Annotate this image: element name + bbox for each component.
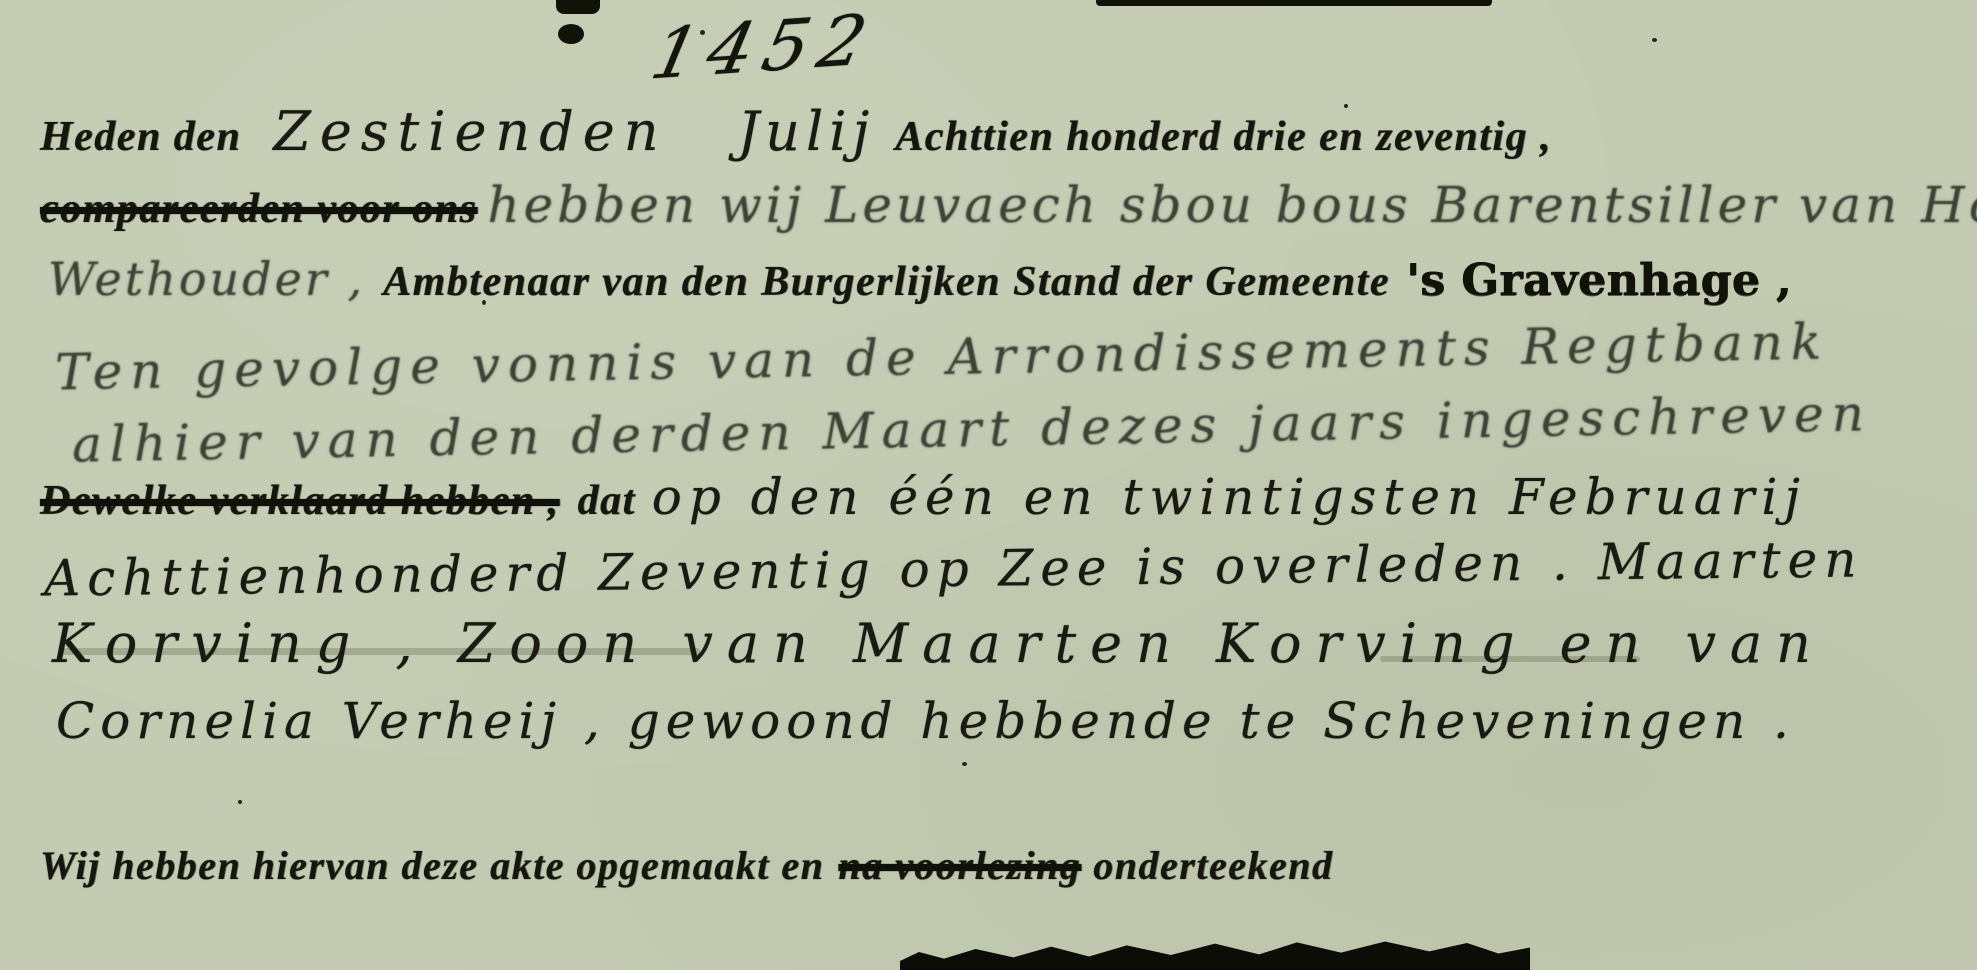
printed-text-year: Achttien honderd drie en zeventig , xyxy=(895,114,1552,160)
blackletter-city-name: 's Gravenhage , xyxy=(1406,255,1792,306)
handwritten-death-date: op den één en twintigsten Februarij xyxy=(652,468,1807,526)
ink-speck xyxy=(482,300,486,305)
printed-text-onderteekend: onderteekend xyxy=(1093,843,1333,888)
handwritten-death-year-place: Achttienhonderd Zeventig op Zee is overl… xyxy=(44,530,1864,607)
act-line-9: Cornelia Verheij , gewoond hebbende te S… xyxy=(56,692,1795,750)
handwritten-registration-date: alhier van den derden Maart dezes jaars … xyxy=(72,384,1873,473)
printed-text-struck-compareerden: compareerden voor ons xyxy=(40,186,477,232)
ink-speck xyxy=(238,800,242,804)
ink-speck xyxy=(1652,38,1657,42)
act-line-8: Korving , Zoon van Maarten Korving en va… xyxy=(52,612,1825,675)
handwritten-mother-name: Cornelia Verheij , gewoond hebbende te S… xyxy=(56,692,1795,750)
act-line-6: Dewelke verklaard hebben , dat op den éé… xyxy=(40,468,1807,526)
ink-speck xyxy=(1344,104,1348,108)
printed-text-struck-dewelke: Dewelke verklaard hebben , xyxy=(40,478,560,524)
act-line-2: compareerden voor ons hebben wij Leuvaec… xyxy=(40,176,1977,234)
ink-speck xyxy=(962,762,967,766)
printed-text-ambtenaar: Ambtenaar van den Burgerlijken Stand der… xyxy=(383,259,1390,305)
ink-speck xyxy=(700,30,705,35)
act-number: 1452 xyxy=(644,0,884,96)
act-line-3: Wethouder , Ambtenaar van den Burgerlijk… xyxy=(48,252,1792,306)
cutoff-signature-line xyxy=(900,940,1530,970)
act-line-1: Heden den Zestienden Julij Achttien hond… xyxy=(40,100,1552,163)
printed-text-dat: dat xyxy=(578,478,636,524)
handwritten-court-judgment: Ten gevolge vonnis van de Arrondissement… xyxy=(55,313,1830,402)
death-act-scan: 1452 Heden den Zestienden Julij Achttien… xyxy=(0,0,1977,970)
act-line-7: Achttienhonderd Zeventig op Zee is overl… xyxy=(44,530,1864,607)
printed-text-closing: Wij hebben hiervan deze akte opgemaakt e… xyxy=(40,843,824,888)
handwritten-registrar-name: hebben wij Leuvaech sbou bous Barentsill… xyxy=(487,176,1977,234)
ink-blob xyxy=(556,0,600,14)
ink-blob xyxy=(1096,0,1492,6)
handwritten-month: Julij xyxy=(738,100,876,163)
ink-blob xyxy=(558,24,584,44)
handwritten-wethouder: Wethouder , xyxy=(48,252,365,306)
act-line-10: Wij hebben hiervan deze akte opgemaakt e… xyxy=(40,842,1333,889)
act-line-4: Ten gevolge vonnis van de Arrondissement… xyxy=(55,313,1830,402)
handwritten-deceased-name: Korving , Zoon van Maarten Korving en va… xyxy=(52,612,1825,675)
printed-text-struck-voorlezing: na voorlezing xyxy=(838,843,1081,888)
act-line-5: alhier van den derden Maart dezes jaars … xyxy=(72,384,1873,473)
printed-text-heden-den: Heden den xyxy=(40,114,241,160)
handwritten-day: Zestienden xyxy=(273,100,667,163)
